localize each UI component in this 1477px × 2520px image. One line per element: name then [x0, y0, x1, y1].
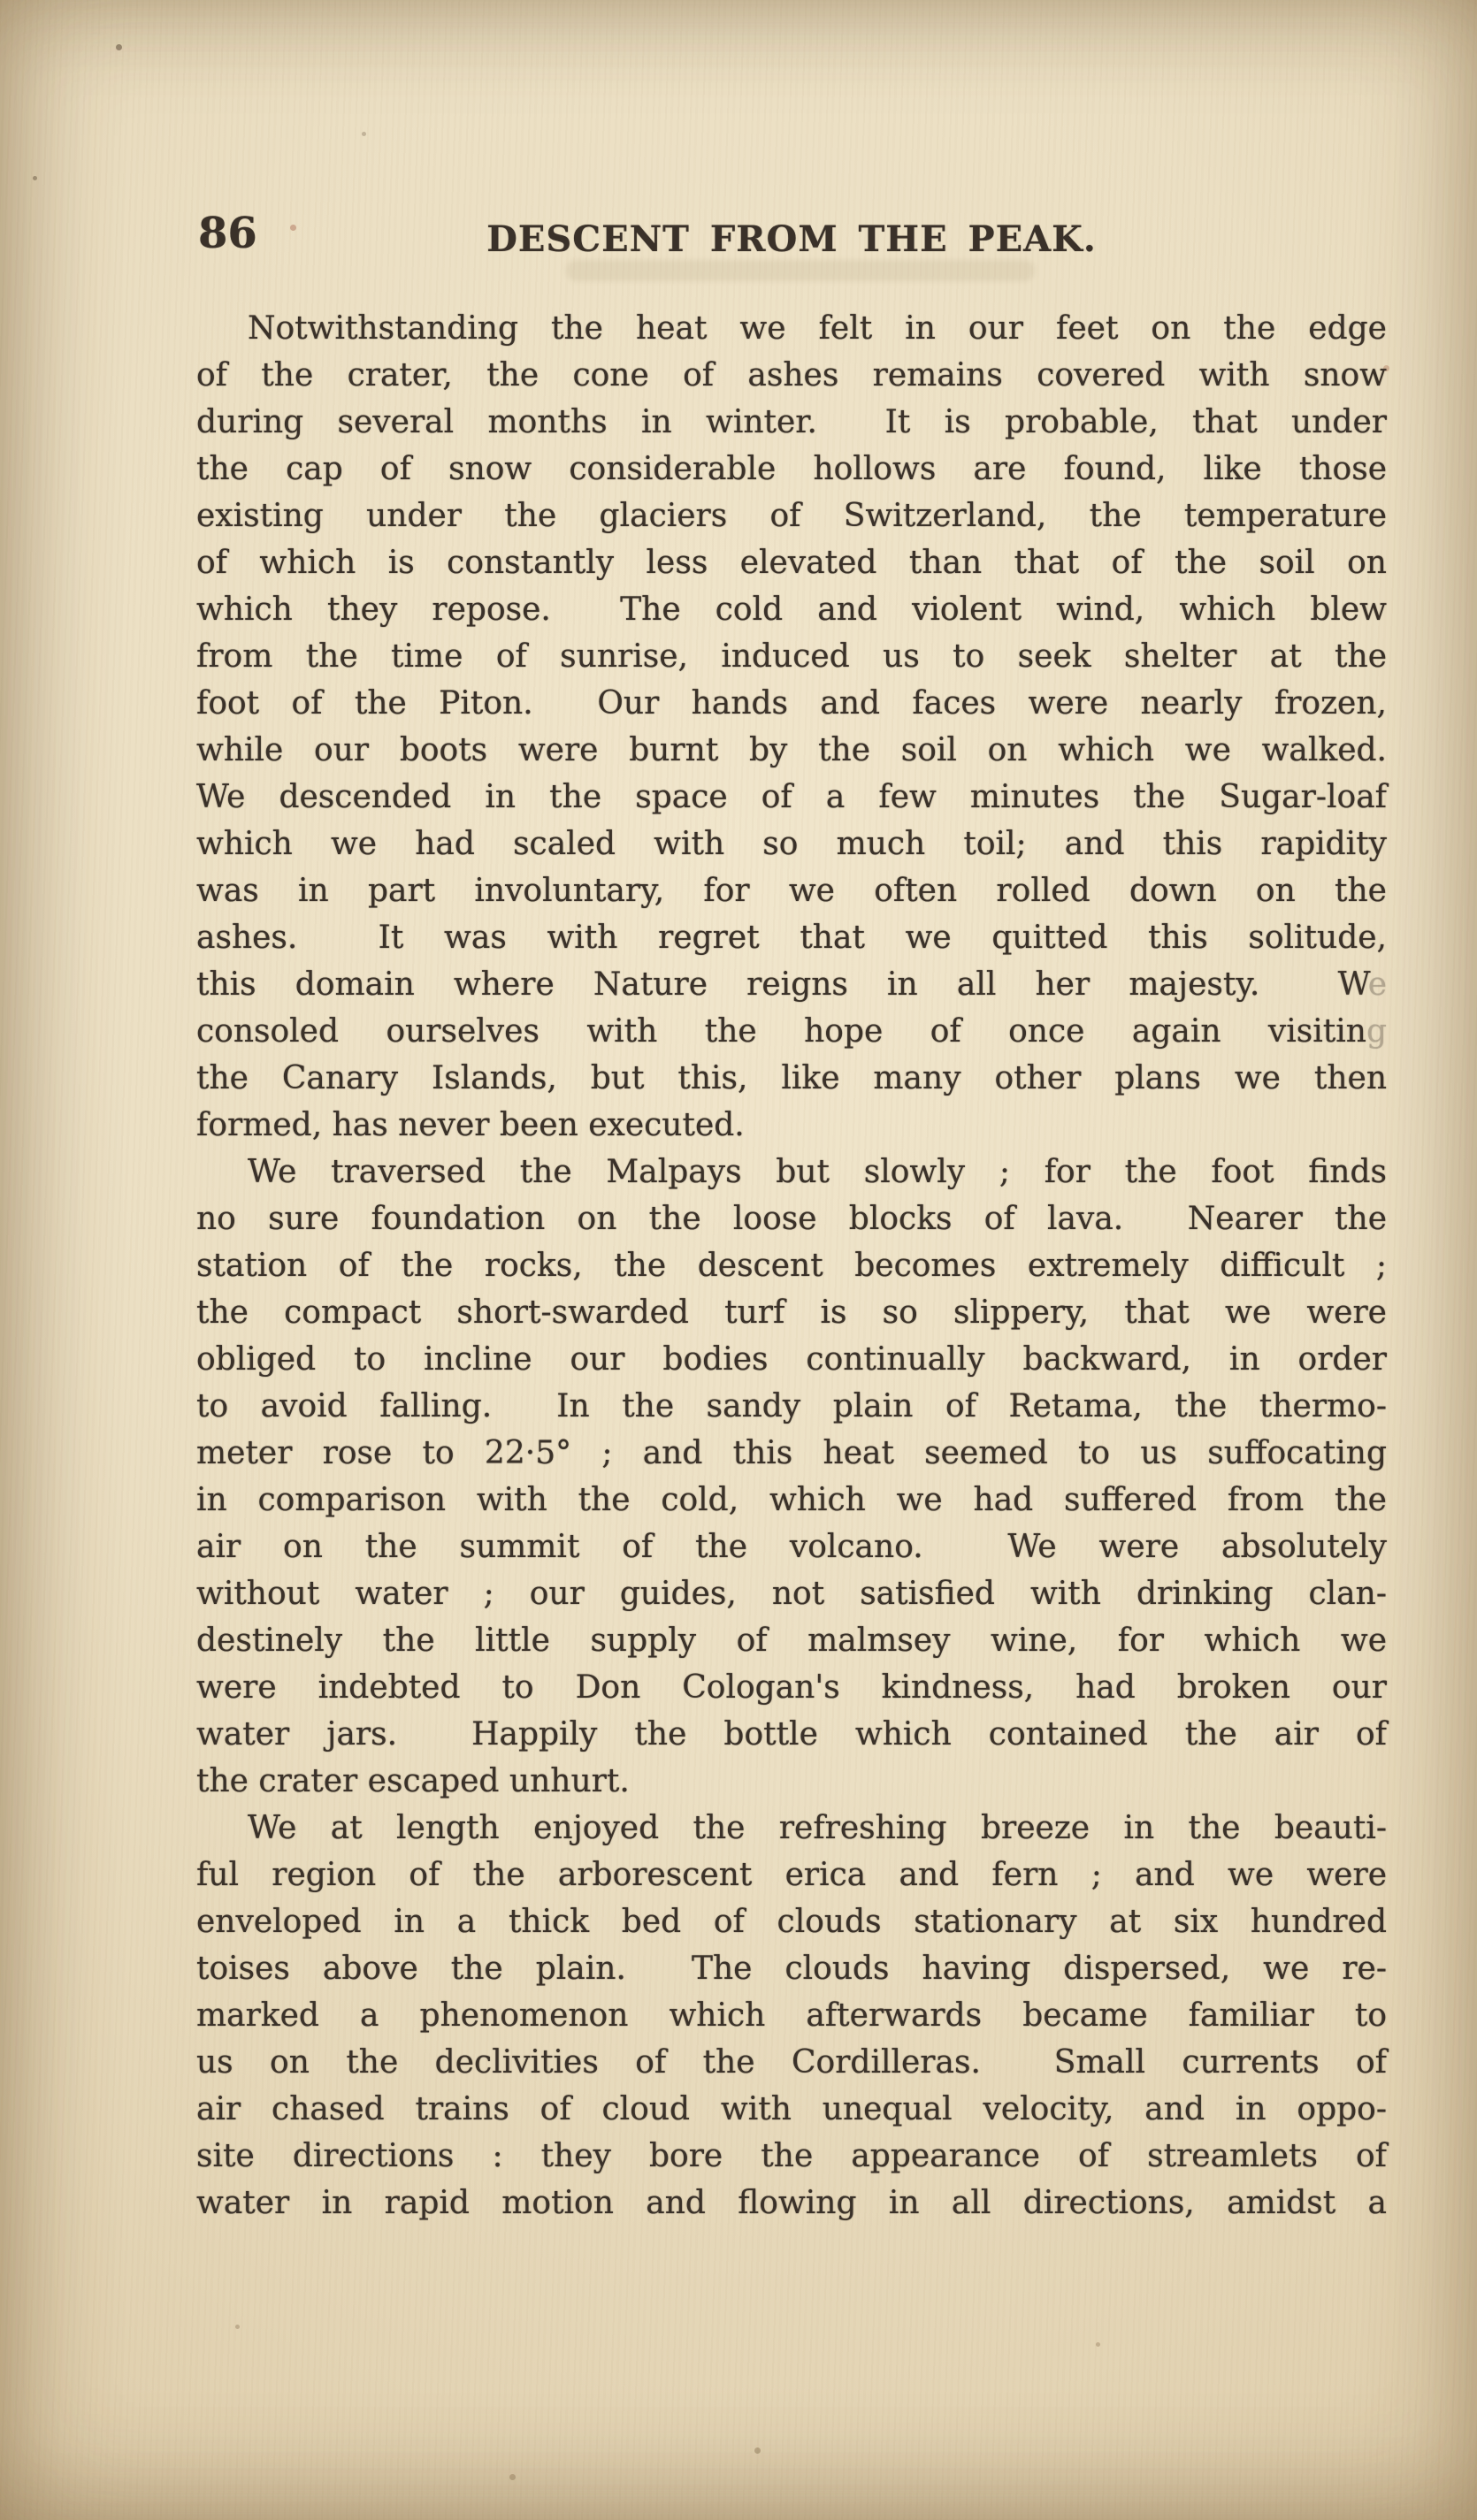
text-line: the crater escaped unhurt. [196, 1758, 1387, 1805]
text-line: We at length enjoyed the refreshing bree… [196, 1805, 1387, 1852]
text-line: the Canary Islands, but this, like many … [196, 1055, 1387, 1102]
text-line: during several months in winter. It is p… [196, 399, 1387, 446]
text-line: existing under the glaciers of Switzerla… [196, 493, 1387, 539]
text-line: from the time of sunrise, induced us to … [196, 633, 1387, 680]
text-line: without water ; our guides, not satisfie… [196, 1570, 1387, 1617]
text-line: destinely the little supply of malmsey w… [196, 1617, 1387, 1664]
faded-letter: e [1368, 966, 1387, 1003]
text-line: no sure foundation on the loose blocks o… [196, 1195, 1387, 1242]
text-line: station of the rocks, the descent become… [196, 1242, 1387, 1289]
text-line: water jars. Happily the bottle which con… [196, 1711, 1387, 1758]
text-line: water in rapid motion and flowing in all… [196, 2180, 1387, 2226]
page-text: Notwithstanding the heat we felt in our … [196, 305, 1387, 2226]
text-line: toises above the plain. The clouds havin… [196, 1945, 1387, 1992]
text-line: air chased trains of cloud with unequal … [196, 2086, 1387, 2133]
paper-specks [0, 0, 3, 3]
text-line: in comparison with the cold, which we ha… [196, 1477, 1387, 1523]
text-line: We descended in the space of a few minut… [196, 774, 1387, 821]
text-line-main: consoled ourselves with the hope of once… [196, 1013, 1366, 1050]
text-line-main: this domain where Nature reigns in all h… [196, 966, 1368, 1003]
text-line: us on the declivities of the Cordilleras… [196, 2039, 1387, 2086]
text-line: enveloped in a thick bed of clouds stati… [196, 1898, 1387, 1945]
text-line: formed, has never been executed. [196, 1102, 1387, 1149]
text-line: consoled ourselves with the hope of once… [196, 1008, 1387, 1055]
text-line: air on the summit of the volcano. We wer… [196, 1523, 1387, 1570]
text-line: site directions : they bore the appearan… [196, 2133, 1387, 2180]
text-line: of the crater, the cone of ashes remains… [196, 352, 1387, 399]
running-head: DESCENT FROM THE PEAK. [196, 222, 1387, 257]
book-page: 86 DESCENT FROM THE PEAK. Notwithstandin… [0, 0, 1477, 2520]
text-line: were indebted to Don Cologan's kindness,… [196, 1664, 1387, 1711]
text-line: which they repose. The cold and violent … [196, 586, 1387, 633]
text-line: foot of the Piton. Our hands and faces w… [196, 680, 1387, 727]
text-line: meter rose to 22·5° ; and this heat seem… [196, 1430, 1387, 1477]
text-line: the compact short-swarded turf is so sli… [196, 1289, 1387, 1336]
text-line: We traversed the Malpays but slowly ; fo… [196, 1149, 1387, 1195]
text-line: the cap of snow considerable hollows are… [196, 446, 1387, 493]
faded-letter: g [1366, 1013, 1387, 1050]
text-line: was in part involuntary, for we often ro… [196, 867, 1387, 914]
show-through-smudge [566, 260, 1035, 281]
text-line: obliged to incline our bodies continuall… [196, 1336, 1387, 1383]
text-line: this domain where Nature reigns in all h… [196, 961, 1387, 1008]
text-line: to avoid falling. In the sandy plain of … [196, 1383, 1387, 1430]
text-line: of which is constantly less elevated tha… [196, 539, 1387, 586]
text-line: marked a phenomenon which afterwards bec… [196, 1992, 1387, 2039]
text-line: ful region of the arborescent erica and … [196, 1852, 1387, 1898]
text-line: Notwithstanding the heat we felt in our … [196, 305, 1387, 352]
text-line: which we had scaled with so much toil; a… [196, 821, 1387, 867]
text-line: while our boots were burnt by the soil o… [196, 727, 1387, 774]
text-line: ashes. It was with regret that we quitte… [196, 914, 1387, 961]
